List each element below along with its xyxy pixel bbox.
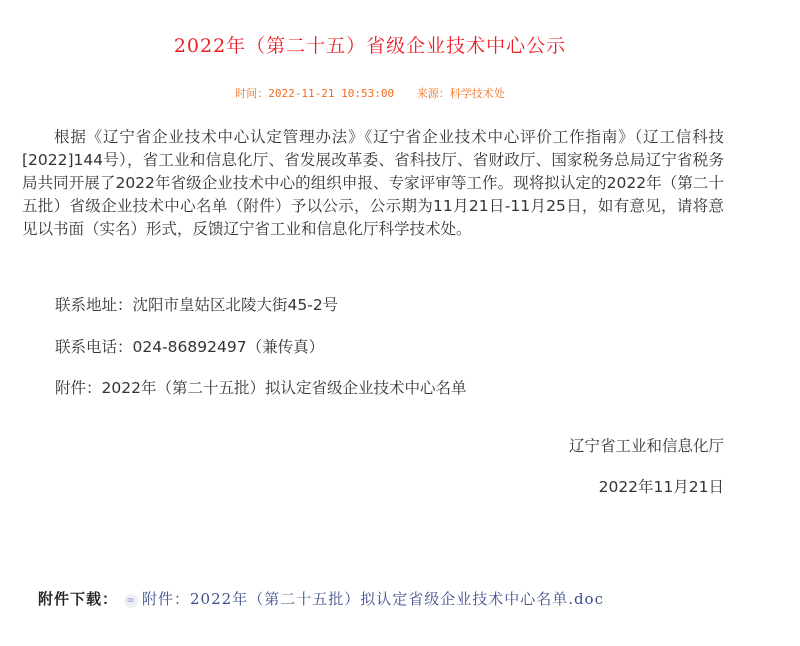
link-icon: ∞	[124, 594, 138, 608]
article-meta: 时间：2022-11-21 10:53:00 来源：科学技术处	[0, 85, 740, 101]
signature-org: 辽宁省工业和信息化厅	[569, 435, 724, 458]
article-body: 根据《辽宁省企业技术中心认定管理办法》《辽宁省企业技术中心评价工作指南》（辽工信…	[22, 126, 724, 241]
contact-address: 联系地址：沈阳市皇姑区北陵大街45-2号	[22, 294, 338, 317]
attachment-note: 附件：2022年（第二十五批）拟认定省级企业技术中心名单	[22, 377, 466, 400]
page-title: 2022年（第二十五）省级企业技术中心公示	[0, 31, 740, 58]
signature-date: 2022年11月21日	[599, 476, 724, 499]
publish-time: 时间：2022-11-21 10:53:00	[235, 87, 394, 100]
attachment-download: 附件下载：∞附件：2022年（第二十五批）拟认定省级企业技术中心名单.doc	[38, 588, 604, 609]
article-source: 来源：科学技术处	[417, 87, 505, 100]
attachment-link[interactable]: 附件：2022年（第二十五批）拟认定省级企业技术中心名单.doc	[142, 590, 604, 608]
attachment-label: 附件下载：	[38, 590, 118, 608]
body-paragraph: 根据《辽宁省企业技术中心认定管理办法》《辽宁省企业技术中心评价工作指南》（辽工信…	[22, 126, 724, 241]
contact-phone: 联系电话：024-86892497（兼传真）	[22, 336, 324, 359]
